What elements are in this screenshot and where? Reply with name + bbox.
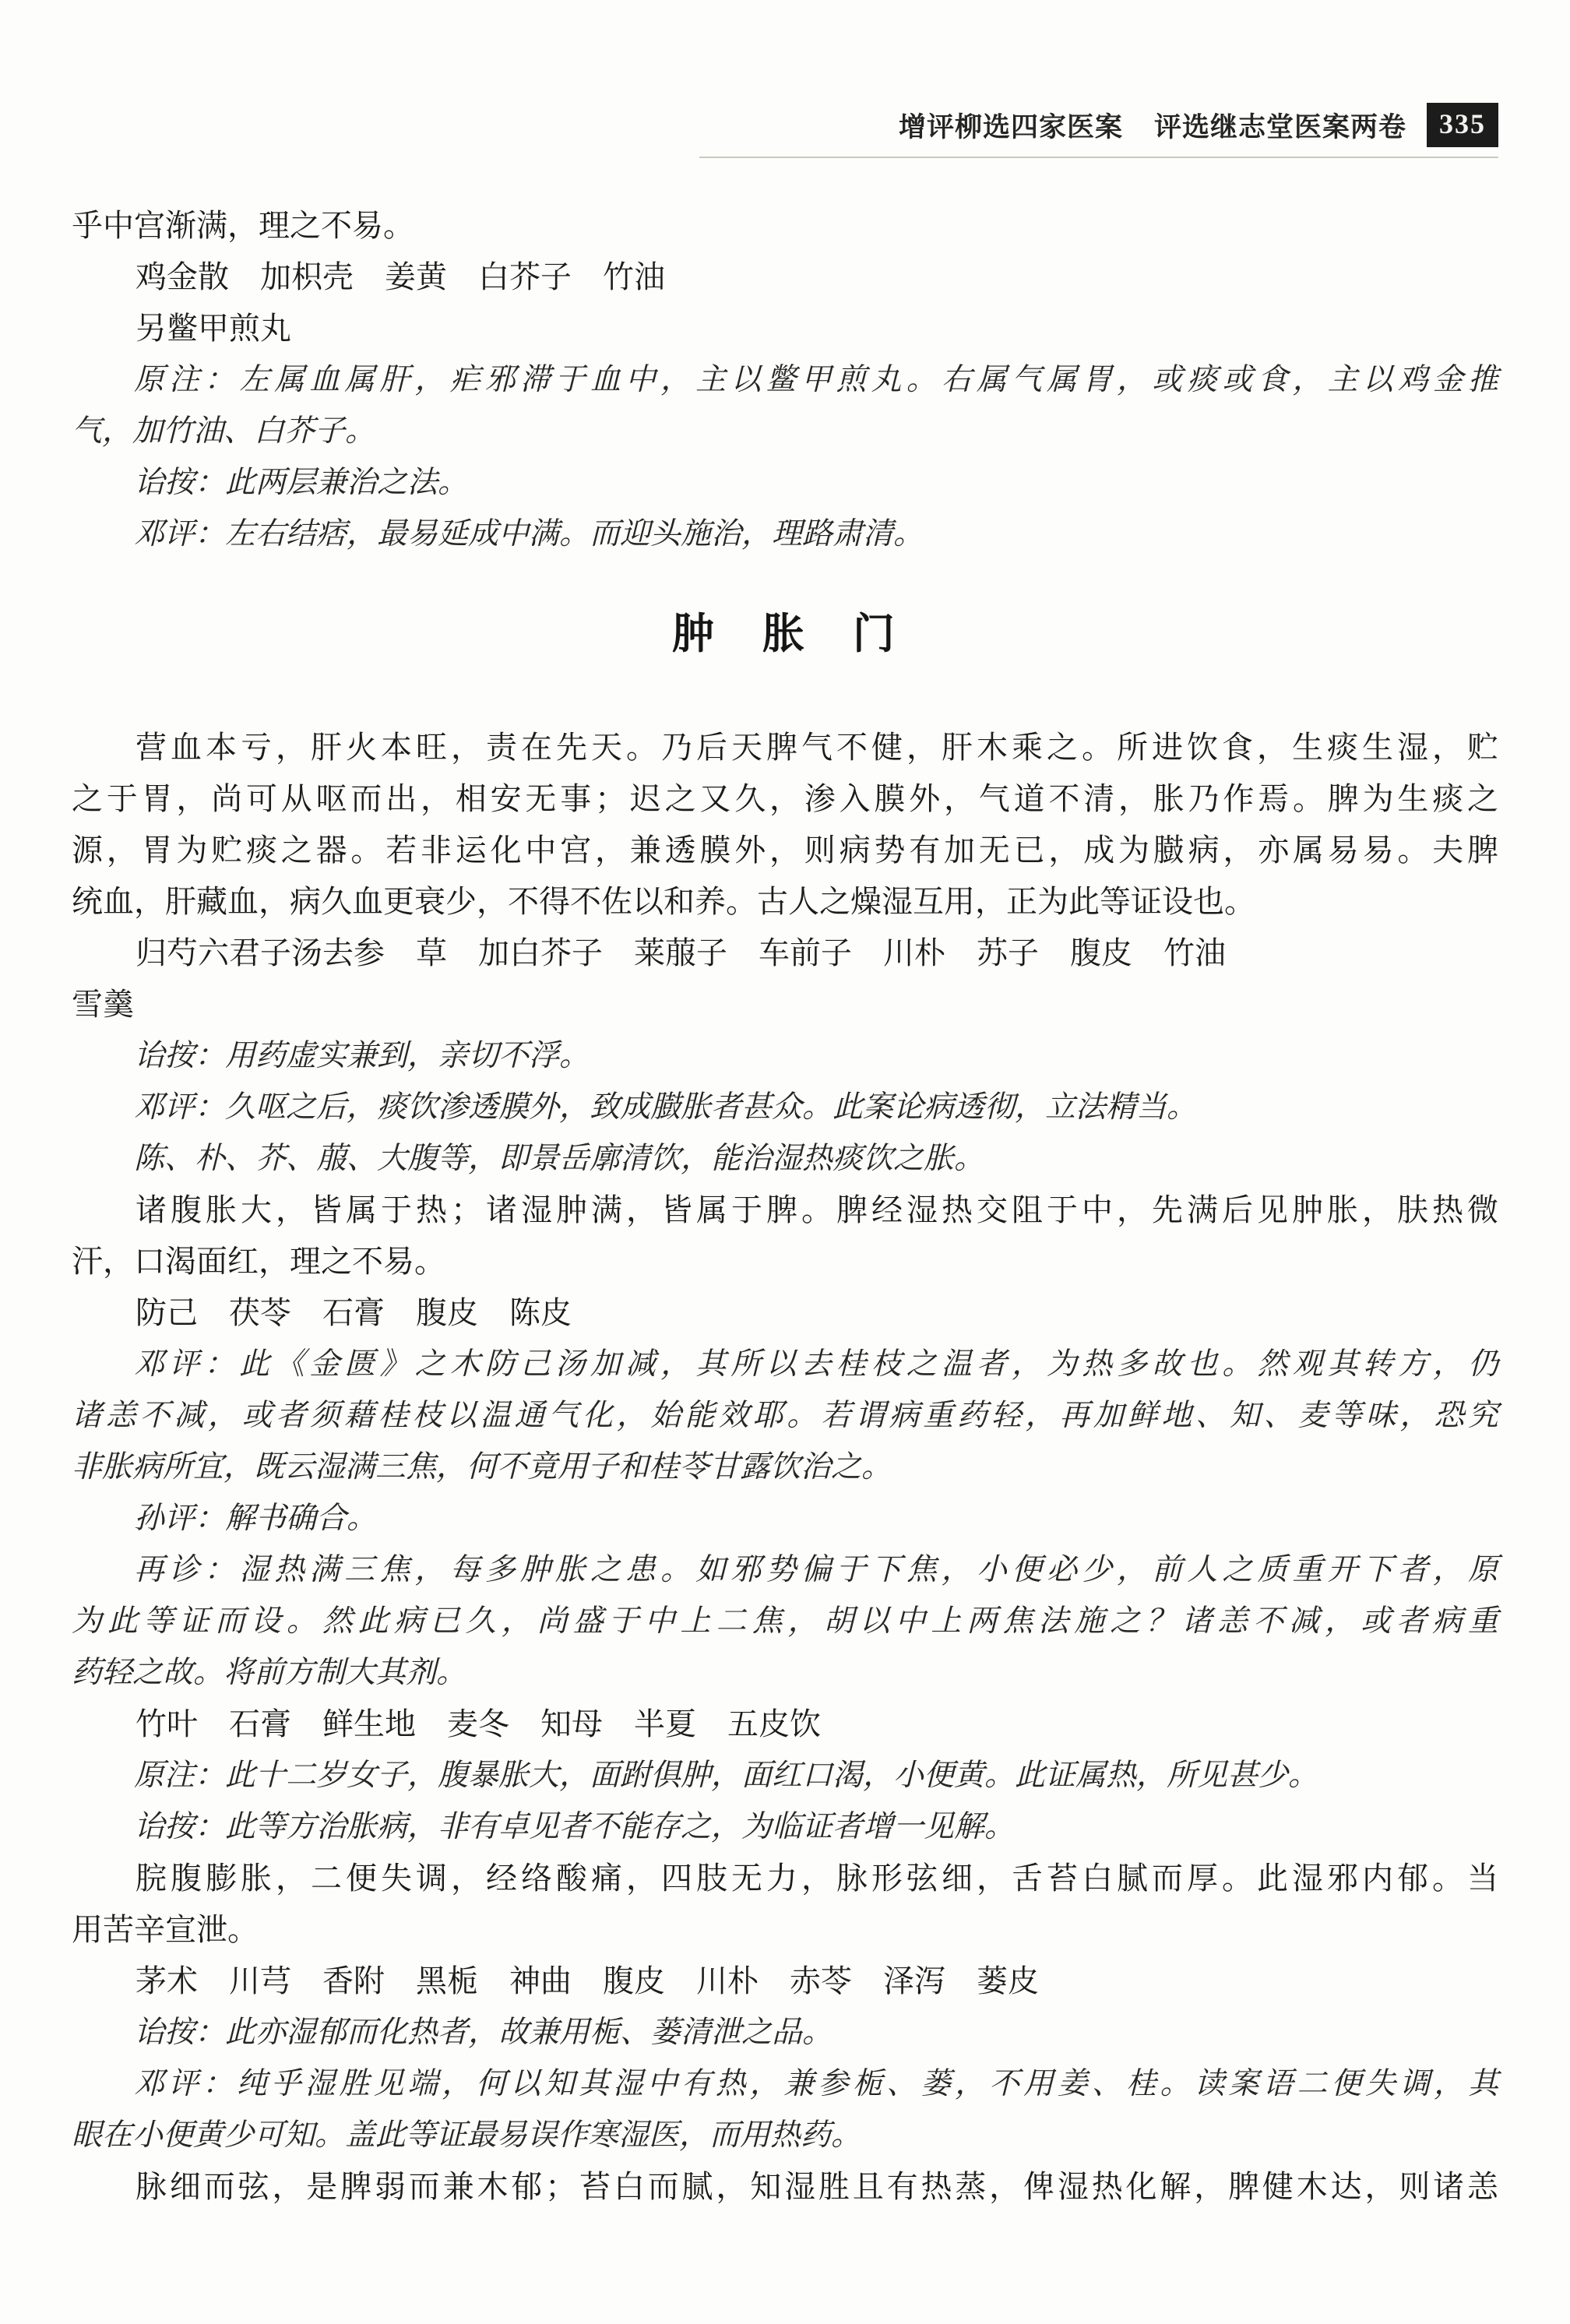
- commentary-line: 非胀病所宜，既云湿满三焦，何不竟用子和桂苓甘露饮治之。: [72, 1442, 1498, 1493]
- text-line: 源，胃为贮痰之器。若非运化中宫，兼透膜外，则病势有加无已，成为臌病，亦属易易。夫…: [72, 825, 1498, 876]
- commentary-line: 为此等证而设。然此病已久，尚盛于中上二焦，胡以中上两焦法施之？诸恙不减，或者病重: [72, 1596, 1498, 1647]
- commentary-line: 孙评：解书确合。: [72, 1493, 1498, 1544]
- commentary-line: 诒按：用药虚实兼到，亲切不浮。: [72, 1030, 1498, 1082]
- commentary-line: 诒按：此两层兼治之法。: [72, 457, 1498, 509]
- text-line: 乎中宫渐满，理之不易。: [72, 200, 1498, 252]
- text-line: 用苦辛宣泄。: [72, 1904, 1498, 1956]
- text-line: 营血本亏，肝火本旺，责在先天。乃后天脾气不健，肝木乘之。所进饮食，生痰生湿，贮: [72, 722, 1498, 773]
- commentary-line: 邓评：纯乎湿胜见端，何以知其湿中有热，兼参栀、蒌，不用姜、桂。读案语二便失调，其: [72, 2058, 1498, 2110]
- commentary-line: 邓评：此《金匮》之木防己汤加减，其所以去桂枝之温者，为热多故也。然观其转方，仍: [72, 1339, 1498, 1390]
- book-title: 增评柳选四家医案: [899, 106, 1123, 145]
- commentary-line: 邓评：左右结痞，最易延成中满。而迎头施治，理路肃清。: [72, 509, 1498, 560]
- prescription-line: 雪羹: [72, 979, 1498, 1030]
- prescription-line: 茅术 川芎 香附 黑栀 神曲 腹皮 川朴 赤苓 泽泻 蒌皮: [72, 1956, 1498, 2007]
- header-divider: [699, 157, 1498, 158]
- commentary-line: 诒按：此亦湿郁而化热者，故兼用栀、蒌清泄之品。: [72, 2007, 1498, 2058]
- commentary-line: 原注：此十二岁女子，腹暴胀大，面跗俱肿，面红口渴，小便黄。此证属热，所见甚少。: [72, 1750, 1498, 1801]
- text-line: 诸腹胀大，皆属于热；诸湿肿满，皆属于脾。脾经湿热交阻于中，先满后见肿胀，肤热微: [72, 1185, 1498, 1236]
- text-line: 脘腹膨胀，二便失调，经络酸痛，四肢无力，脉形弦细，舌苔白腻而厚。此湿邪内郁。当: [72, 1853, 1498, 1904]
- prescription-line: 鸡金散 加枳壳 姜黄 白芥子 竹油: [72, 252, 1498, 303]
- commentary-line: 诒按：此等方治胀病，非有卓见者不能存之，为临证者增一见解。: [72, 1801, 1498, 1853]
- page-body: 乎中宫渐满，理之不易。 鸡金散 加枳壳 姜黄 白芥子 竹油 另鳖甲煎丸 原注：左…: [72, 200, 1498, 2213]
- commentary-line: 眼在小便黄少可知。盖此等证最易误作寒湿医，而用热药。: [72, 2110, 1498, 2161]
- prescription-line: 归芍六君子汤去参 草 加白芥子 莱菔子 车前子 川朴 苏子 腹皮 竹油: [72, 928, 1498, 979]
- prescription-line: 竹叶 石膏 鲜生地 麦冬 知母 半夏 五皮饮: [72, 1699, 1498, 1750]
- page-header: 增评柳选四家医案 评选继志堂医案两卷 335: [72, 103, 1498, 147]
- text-line: 汗，口渴面红，理之不易。: [72, 1236, 1498, 1287]
- prescription-line: 防己 茯苓 石膏 腹皮 陈皮: [72, 1287, 1498, 1339]
- book-page: 增评柳选四家医案 评选继志堂医案两卷 335 乎中宫渐满，理之不易。 鸡金散 加…: [0, 0, 1570, 2324]
- commentary-line: 气，加竹油、白芥子。: [72, 406, 1498, 457]
- page-number-badge: 335: [1427, 103, 1498, 147]
- commentary-line: 原注：左属血属肝，疟邪滞于血中，主以鳖甲煎丸。右属气属胃，或痰或食，主以鸡金推: [72, 354, 1498, 406]
- commentary-line: 再诊：湿热满三焦，每多肿胀之患。如邪势偏于下焦，小便必少，前人之质重开下者，原: [72, 1544, 1498, 1596]
- commentary-line: 药轻之故。将前方制大其剂。: [72, 1647, 1498, 1699]
- commentary-line: 邓评：久呕之后，痰饮渗透膜外，致成臌胀者甚众。此案论病透彻，立法精当。: [72, 1082, 1498, 1133]
- running-head: 增评柳选四家医案 评选继志堂医案两卷: [899, 106, 1406, 145]
- prescription-line: 另鳖甲煎丸: [72, 303, 1498, 354]
- text-line: 之于胃，尚可从呕而出，相安无事；迟之又久，渗入膜外，气道不清，胀乃作焉。脾为生痰…: [72, 773, 1498, 825]
- volume-title: 评选继志堂医案两卷: [1154, 106, 1406, 145]
- commentary-line: 陈、朴、芥、菔、大腹等，即景岳廓清饮，能治湿热痰饮之胀。: [72, 1133, 1498, 1185]
- commentary-line: 诸恙不减，或者须藉桂枝以温通气化，始能效耶。若谓病重药轻，再加鲜地、知、麦等味，…: [72, 1390, 1498, 1442]
- text-line: 统血，肝藏血，病久血更衰少，不得不佐以和养。古人之燥湿互用，正为此等证设也。: [72, 876, 1498, 928]
- section-title: 肿 胀 门: [72, 604, 1498, 664]
- text-line: 脉细而弦，是脾弱而兼木郁；苔白而腻，知湿胜且有热蒸，俾湿热化解，脾健木达，则诸恙: [72, 2161, 1498, 2213]
